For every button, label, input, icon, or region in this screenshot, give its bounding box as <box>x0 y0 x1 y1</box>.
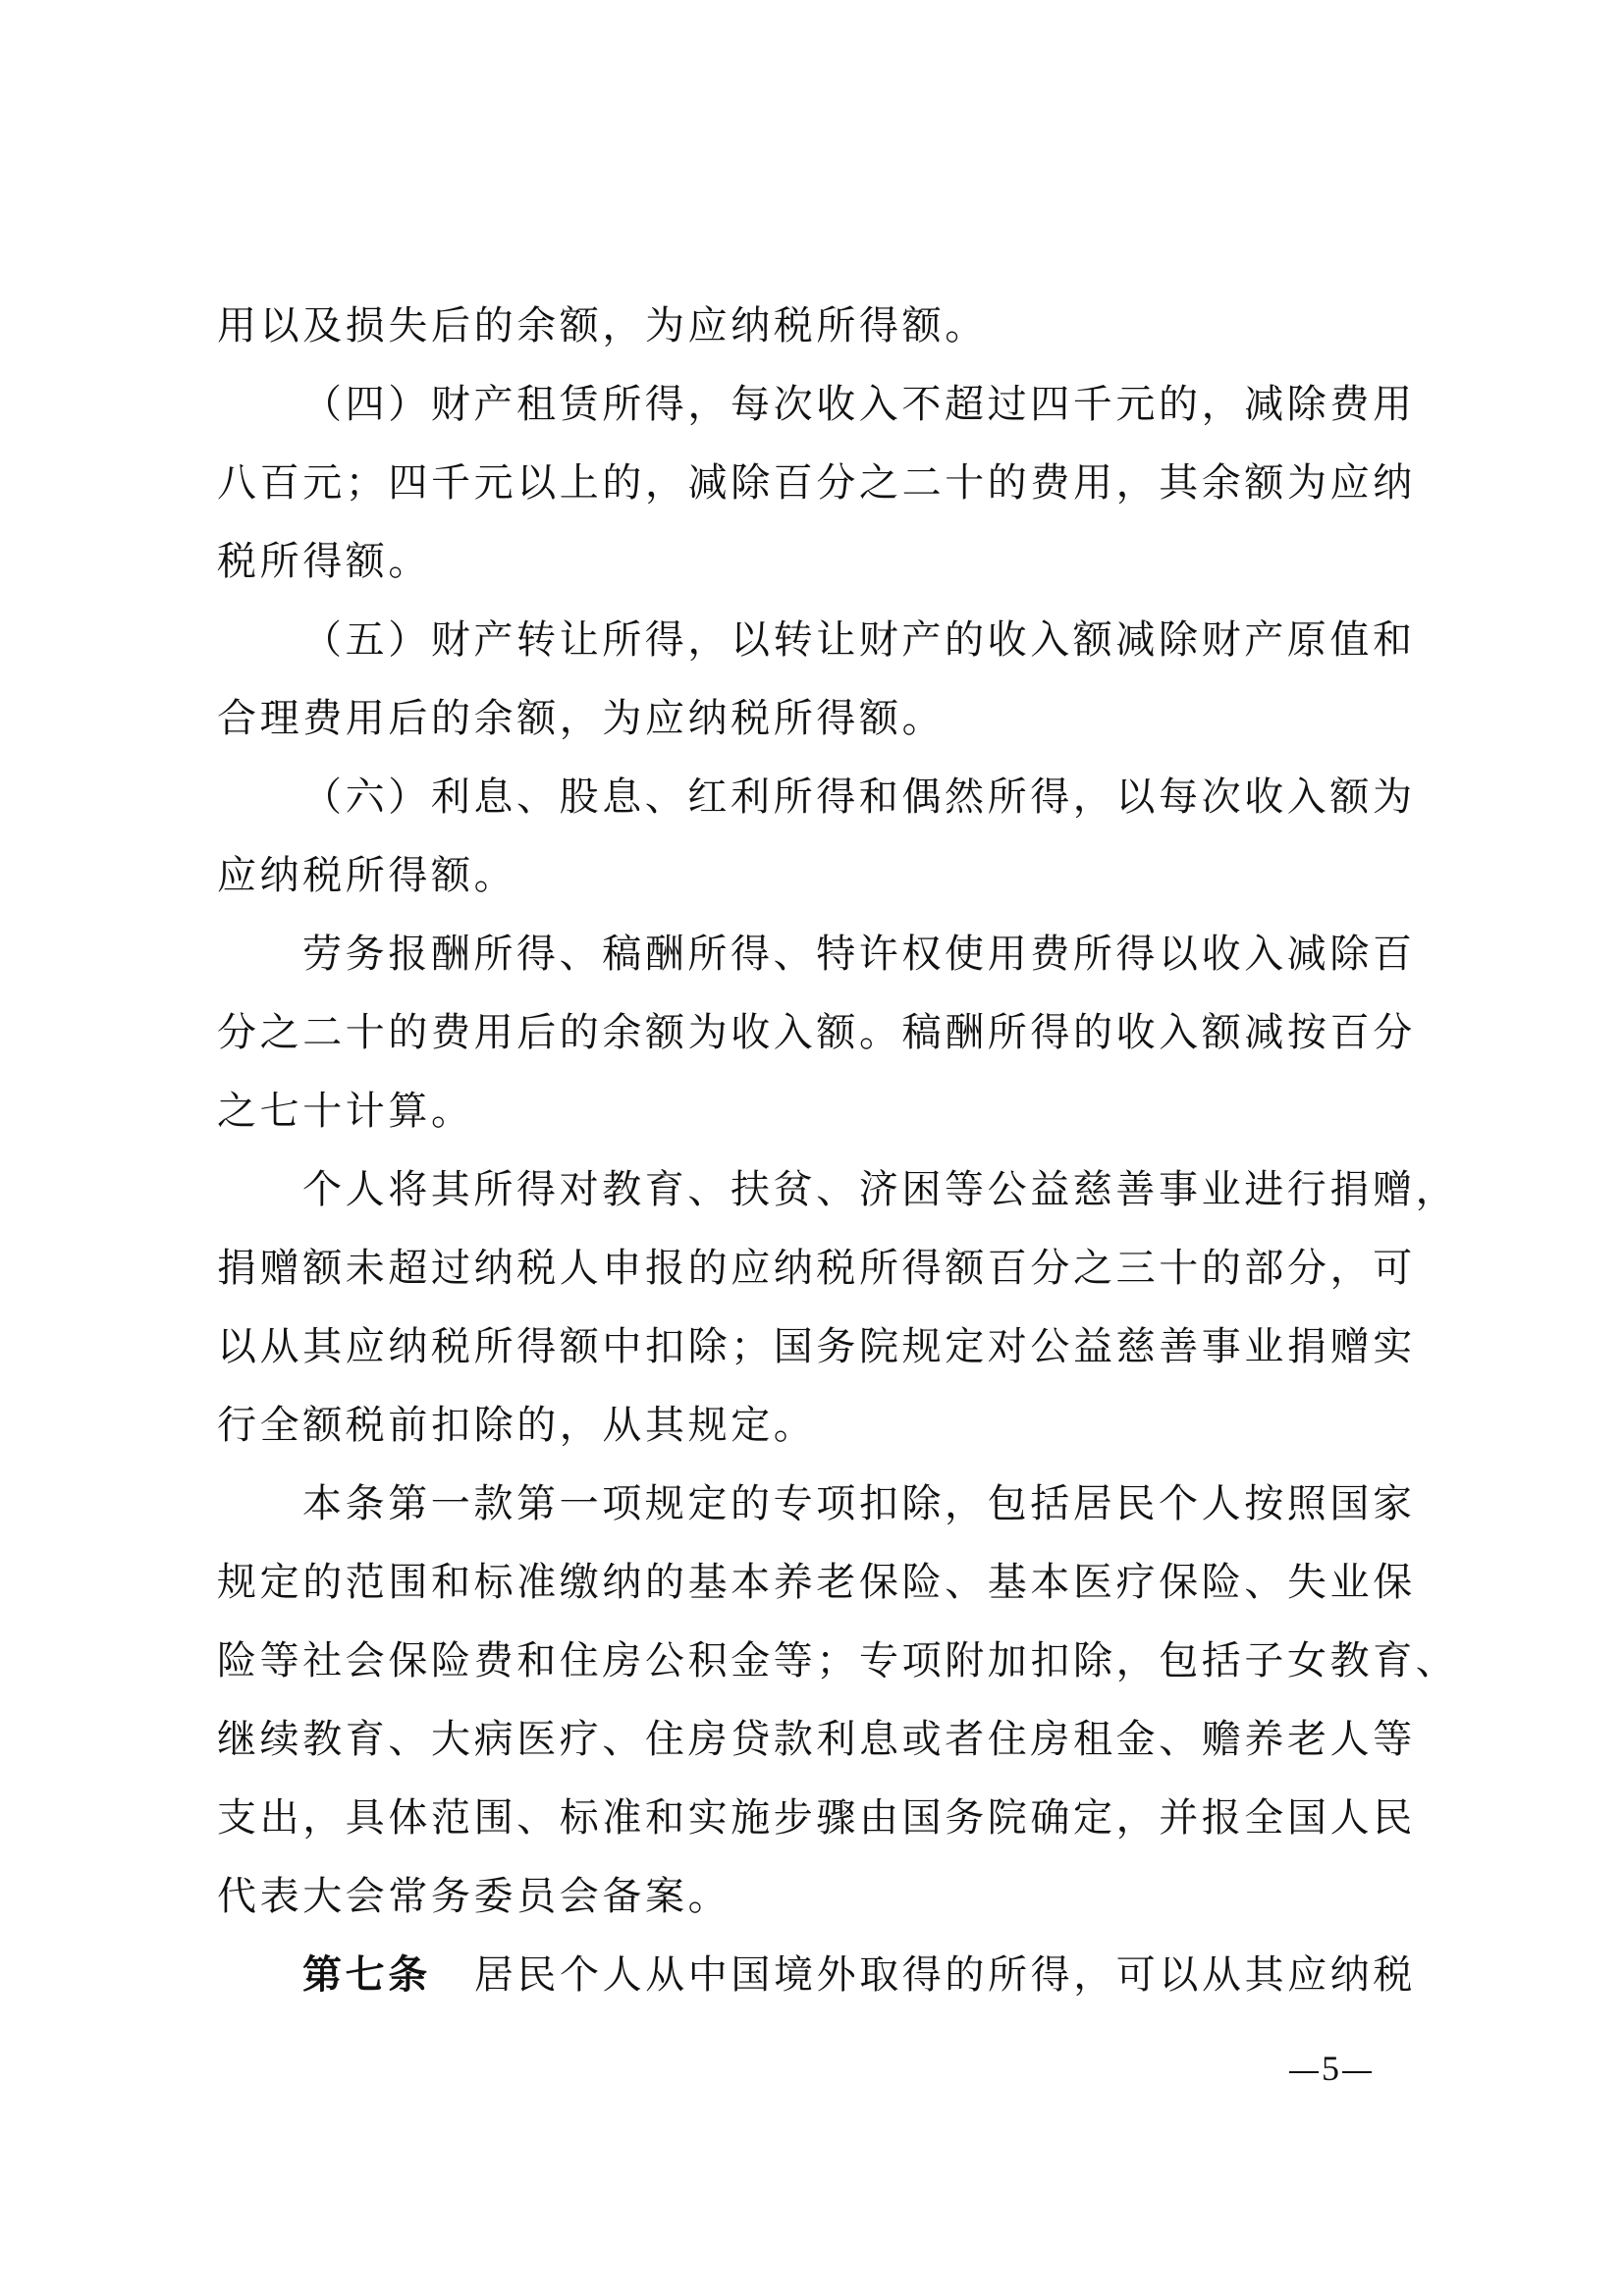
document-page: 用以及损失后的余额，为应纳税所得额。 （四）财产租赁所得，每次收入不超过四千元的… <box>0 0 1624 2296</box>
article-label: 第七条 <box>302 1952 431 1998</box>
paragraph-item-5: （五）财产转让所得，以转让财产的收入额减除财产原值和 合理费用后的余额，为应纳税… <box>217 601 1425 758</box>
text-line: （六）利息、股息、红利所得和偶然所得，以每次收入额为 <box>217 758 1425 836</box>
text-line: 之七十计算。 <box>217 1072 1425 1150</box>
paragraph-labor-remuneration: 劳务报酬所得、稿酬所得、特许权使用费所得以收入减除百 分之二十的费用后的余额为收… <box>217 915 1425 1150</box>
page-number-dash-left <box>1289 2071 1319 2073</box>
text-line: （四）财产租赁所得，每次收入不超过四千元的，减除费用 <box>217 365 1425 444</box>
text-line: 以从其应纳税所得额中扣除；国务院规定对公益慈善事业捐赠实 <box>217 1308 1425 1386</box>
text-line: 行全额税前扣除的，从其规定。 <box>217 1386 1425 1465</box>
text-line: 支出，具体范围、标准和实施步骤由国务院确定，并报全国人民 <box>217 1779 1425 1857</box>
page-number: 5 <box>1286 2044 1375 2093</box>
text-line: 税所得额。 <box>217 522 1425 601</box>
text-line: 个人将其所得对教育、扶贫、济困等公益慈善事业进行捐赠， <box>217 1150 1425 1229</box>
document-body: 用以及损失后的余额，为应纳税所得额。 （四）财产租赁所得，每次收入不超过四千元的… <box>217 287 1425 2014</box>
text-line: 八百元；四千元以上的，减除百分之二十的费用，其余额为应纳 <box>217 444 1425 522</box>
page-number-value: 5 <box>1322 2049 1339 2088</box>
paragraph-item-4: （四）财产租赁所得，每次收入不超过四千元的，减除费用 八百元；四千元以上的，减除… <box>217 365 1425 601</box>
text-line: 应纳税所得额。 <box>217 836 1425 915</box>
paragraph-continuation: 用以及损失后的余额，为应纳税所得额。 <box>217 287 1425 365</box>
paragraph-donations: 个人将其所得对教育、扶贫、济困等公益慈善事业进行捐赠， 捐赠额未超过纳税人申报的… <box>217 1150 1425 1465</box>
text-line: 规定的范围和标准缴纳的基本养老保险、基本医疗保险、失业保 <box>217 1543 1425 1622</box>
article-7-line: 第七条居民个人从中国境外取得的所得，可以从其应纳税 <box>217 1936 1425 2014</box>
text-line: 险等社会保险费和住房公积金等；专项附加扣除，包括子女教育、 <box>217 1622 1425 1700</box>
text-line: 用以及损失后的余额，为应纳税所得额。 <box>217 287 1425 365</box>
paragraph-item-6: （六）利息、股息、红利所得和偶然所得，以每次收入额为 应纳税所得额。 <box>217 758 1425 915</box>
page-number-dash-right <box>1342 2071 1372 2073</box>
text-line: 继续教育、大病医疗、住房贷款利息或者住房租金、赡养老人等 <box>217 1700 1425 1779</box>
text-line: 捐赠额未超过纳税人申报的应纳税所得额百分之三十的部分，可 <box>217 1229 1425 1308</box>
article-text: 居民个人从中国境外取得的所得，可以从其应纳税 <box>474 1952 1416 1998</box>
text-line: 本条第一款第一项规定的专项扣除，包括居民个人按照国家 <box>217 1465 1425 1543</box>
text-line: 分之二十的费用后的余额为收入额。稿酬所得的收入额减按百分 <box>217 993 1425 1072</box>
text-line: 合理费用后的余额，为应纳税所得额。 <box>217 679 1425 758</box>
text-line: 劳务报酬所得、稿酬所得、特许权使用费所得以收入减除百 <box>217 915 1425 993</box>
paragraph-special-deductions: 本条第一款第一项规定的专项扣除，包括居民个人按照国家 规定的范围和标准缴纳的基本… <box>217 1465 1425 1936</box>
text-line: （五）财产转让所得，以转让财产的收入额减除财产原值和 <box>217 601 1425 679</box>
text-line: 代表大会常务委员会备案。 <box>217 1857 1425 1936</box>
article-7: 第七条居民个人从中国境外取得的所得，可以从其应纳税 <box>217 1936 1425 2014</box>
